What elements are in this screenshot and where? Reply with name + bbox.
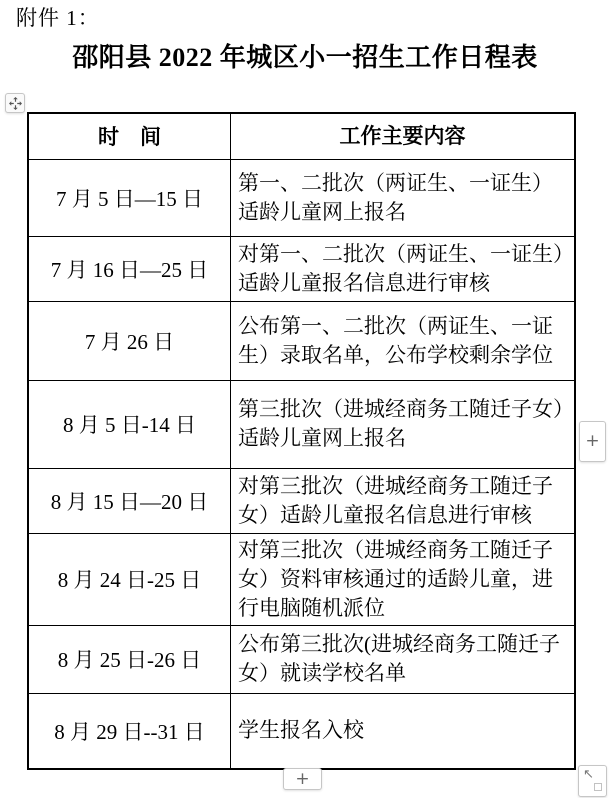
table-row: 7 月 16 日—25 日 对第一、二批次（两证生、一证生）适龄儿童报名信息进行… (28, 236, 575, 301)
table-row: 8 月 29 日--31 日 学生报名入校 (28, 693, 575, 769)
table-row: 7 月 5 日—15 日 第一、二批次（两证生、一证生）适龄儿童网上报名 (28, 159, 575, 236)
content-cell: 对第三批次（进城经商务工随迁子女）适龄儿童报名信息进行审核 (231, 468, 576, 533)
content-cell: 对第一、二批次（两证生、一证生）适龄儿童报名信息进行审核 (231, 236, 576, 301)
table-row: 8 月 5 日-14 日 第三批次（进城经商务工随迁子女）适龄儿童网上报名 (28, 380, 575, 468)
attachment-label: 附件 1： (16, 2, 100, 32)
table-row: 8 月 25 日-26 日 公布第三批次(进城经商务工随迁子女）就读学校名单 (28, 625, 575, 693)
add-column-button[interactable]: + (579, 421, 606, 462)
time-cell: 7 月 16 日—25 日 (28, 236, 231, 301)
table-row: 7 月 26 日 公布第一、二批次（两证生、一证生）录取名单，公布学校剩余学位 (28, 301, 575, 380)
plus-icon: + (585, 433, 599, 450)
schedule-table: 时 间 工作主要内容 7 月 5 日—15 日 第一、二批次（两证生、一证生）适… (27, 112, 576, 770)
content-cell: 第一、二批次（两证生、一证生）适龄儿童网上报名 (231, 159, 576, 236)
time-cell: 8 月 24 日-25 日 (28, 533, 231, 625)
time-cell: 8 月 25 日-26 日 (28, 625, 231, 693)
table-row: 8 月 24 日-25 日 对第三批次（进城经商务工随迁子女）资料审核通过的适龄… (28, 533, 575, 625)
resize-arrow-icon: ↖ (583, 767, 594, 782)
col-header-time: 时 间 (28, 113, 231, 159)
time-cell: 8 月 5 日-14 日 (28, 380, 231, 468)
content-cell: 第三批次（进城经商务工随迁子女）适龄儿童网上报名 (231, 380, 576, 468)
time-cell: 7 月 26 日 (28, 301, 231, 380)
table-header-row: 时 间 工作主要内容 (28, 113, 575, 159)
content-cell: 学生报名入校 (231, 693, 576, 769)
content-cell: 对第三批次（进城经商务工随迁子女）资料审核通过的适龄儿童，进行电脑随机派位 (231, 533, 576, 625)
time-cell: 8 月 29 日--31 日 (28, 693, 231, 769)
page-title: 邵阳县 2022 年城区小一招生工作日程表 (0, 37, 610, 74)
resize-square-icon (594, 783, 602, 791)
content-cell: 公布第一、二批次（两证生、一证生）录取名单，公布学校剩余学位 (231, 301, 576, 380)
time-cell: 8 月 15 日—20 日 (28, 468, 231, 533)
add-row-button[interactable]: + (283, 768, 322, 790)
table-move-handle[interactable] (5, 93, 25, 113)
content-cell: 公布第三批次(进城经商务工随迁子女）就读学校名单 (231, 625, 576, 693)
col-header-content: 工作主要内容 (231, 113, 576, 159)
time-cell: 7 月 5 日—15 日 (28, 159, 231, 236)
plus-icon: + (295, 771, 309, 788)
table-resize-handle[interactable]: ↖ (578, 765, 607, 797)
schedule-table-container: 时 间 工作主要内容 7 月 5 日—15 日 第一、二批次（两证生、一证生）适… (27, 112, 576, 770)
table-row: 8 月 15 日—20 日 对第三批次（进城经商务工随迁子女）适龄儿童报名信息进… (28, 468, 575, 533)
move-icon (9, 97, 22, 110)
